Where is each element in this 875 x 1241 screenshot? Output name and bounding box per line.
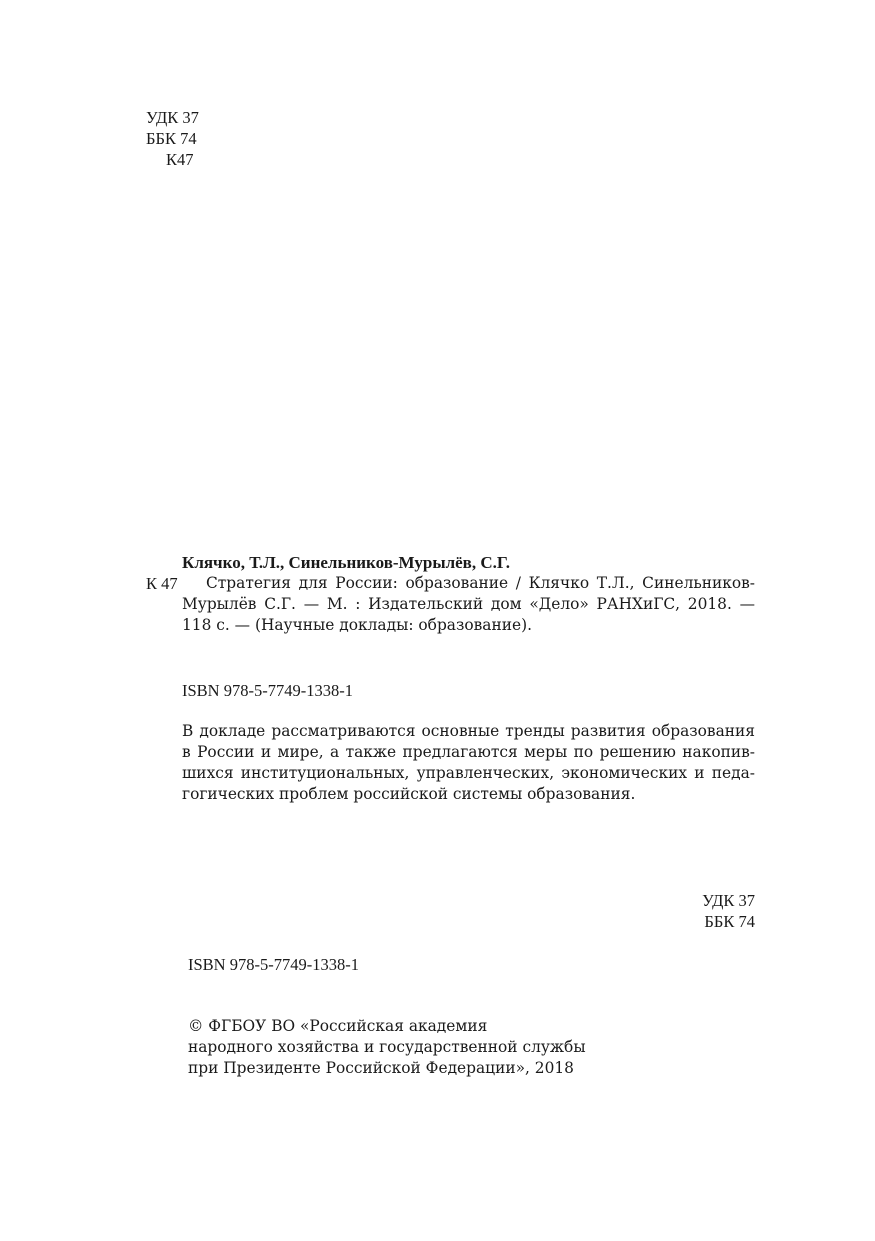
udk-code: УДК 37	[702, 890, 755, 911]
copyright-line: народного хозяйства и государственной сл…	[188, 1037, 586, 1058]
bbk-code: ББК 74	[146, 128, 199, 149]
isbn-secondary: ISBN 978-5-7749-1338-1	[188, 954, 359, 975]
copyright-line: © ФГБОУ ВО «Российская академия	[188, 1016, 586, 1037]
abstract-line: В докладе рассматриваются основные тренд…	[182, 721, 755, 742]
isbn-primary: ISBN 978-5-7749-1338-1	[182, 680, 353, 701]
catalog-description-line: Стратегия для России: образование / Кляч…	[182, 573, 755, 594]
classification-bottom: УДК 37 ББК 74	[702, 890, 755, 932]
catalog-description: Стратегия для России: образование / Кляч…	[182, 573, 755, 636]
abstract-line: гогических проблем российской системы об…	[182, 784, 755, 805]
author-mark: К47	[146, 149, 199, 170]
abstract-line: шихся институциональных, управленческих,…	[182, 763, 755, 784]
bbk-code: ББК 74	[702, 911, 755, 932]
copyright-notice: © ФГБОУ ВО «Российская академия народног…	[188, 1016, 586, 1079]
catalog-authors: Клячко, Т.Л., Синельников-Мурылёв, С.Г.	[182, 552, 510, 573]
catalog-code: К 47	[146, 573, 178, 594]
catalog-description-line: Мурылёв С.Г. — М. : Издательский дом «Де…	[182, 594, 755, 615]
udk-code: УДК 37	[146, 107, 199, 128]
abstract-line: в России и мире, а также предлагаются ме…	[182, 742, 755, 763]
classification-top: УДК 37 ББК 74 К47	[146, 107, 199, 170]
abstract: В докладе рассматриваются основные тренд…	[182, 721, 755, 805]
copyright-line: при Президенте Российской Федерации», 20…	[188, 1058, 586, 1079]
catalog-description-line: 118 с. — (Научные доклады: образование).	[182, 615, 755, 636]
